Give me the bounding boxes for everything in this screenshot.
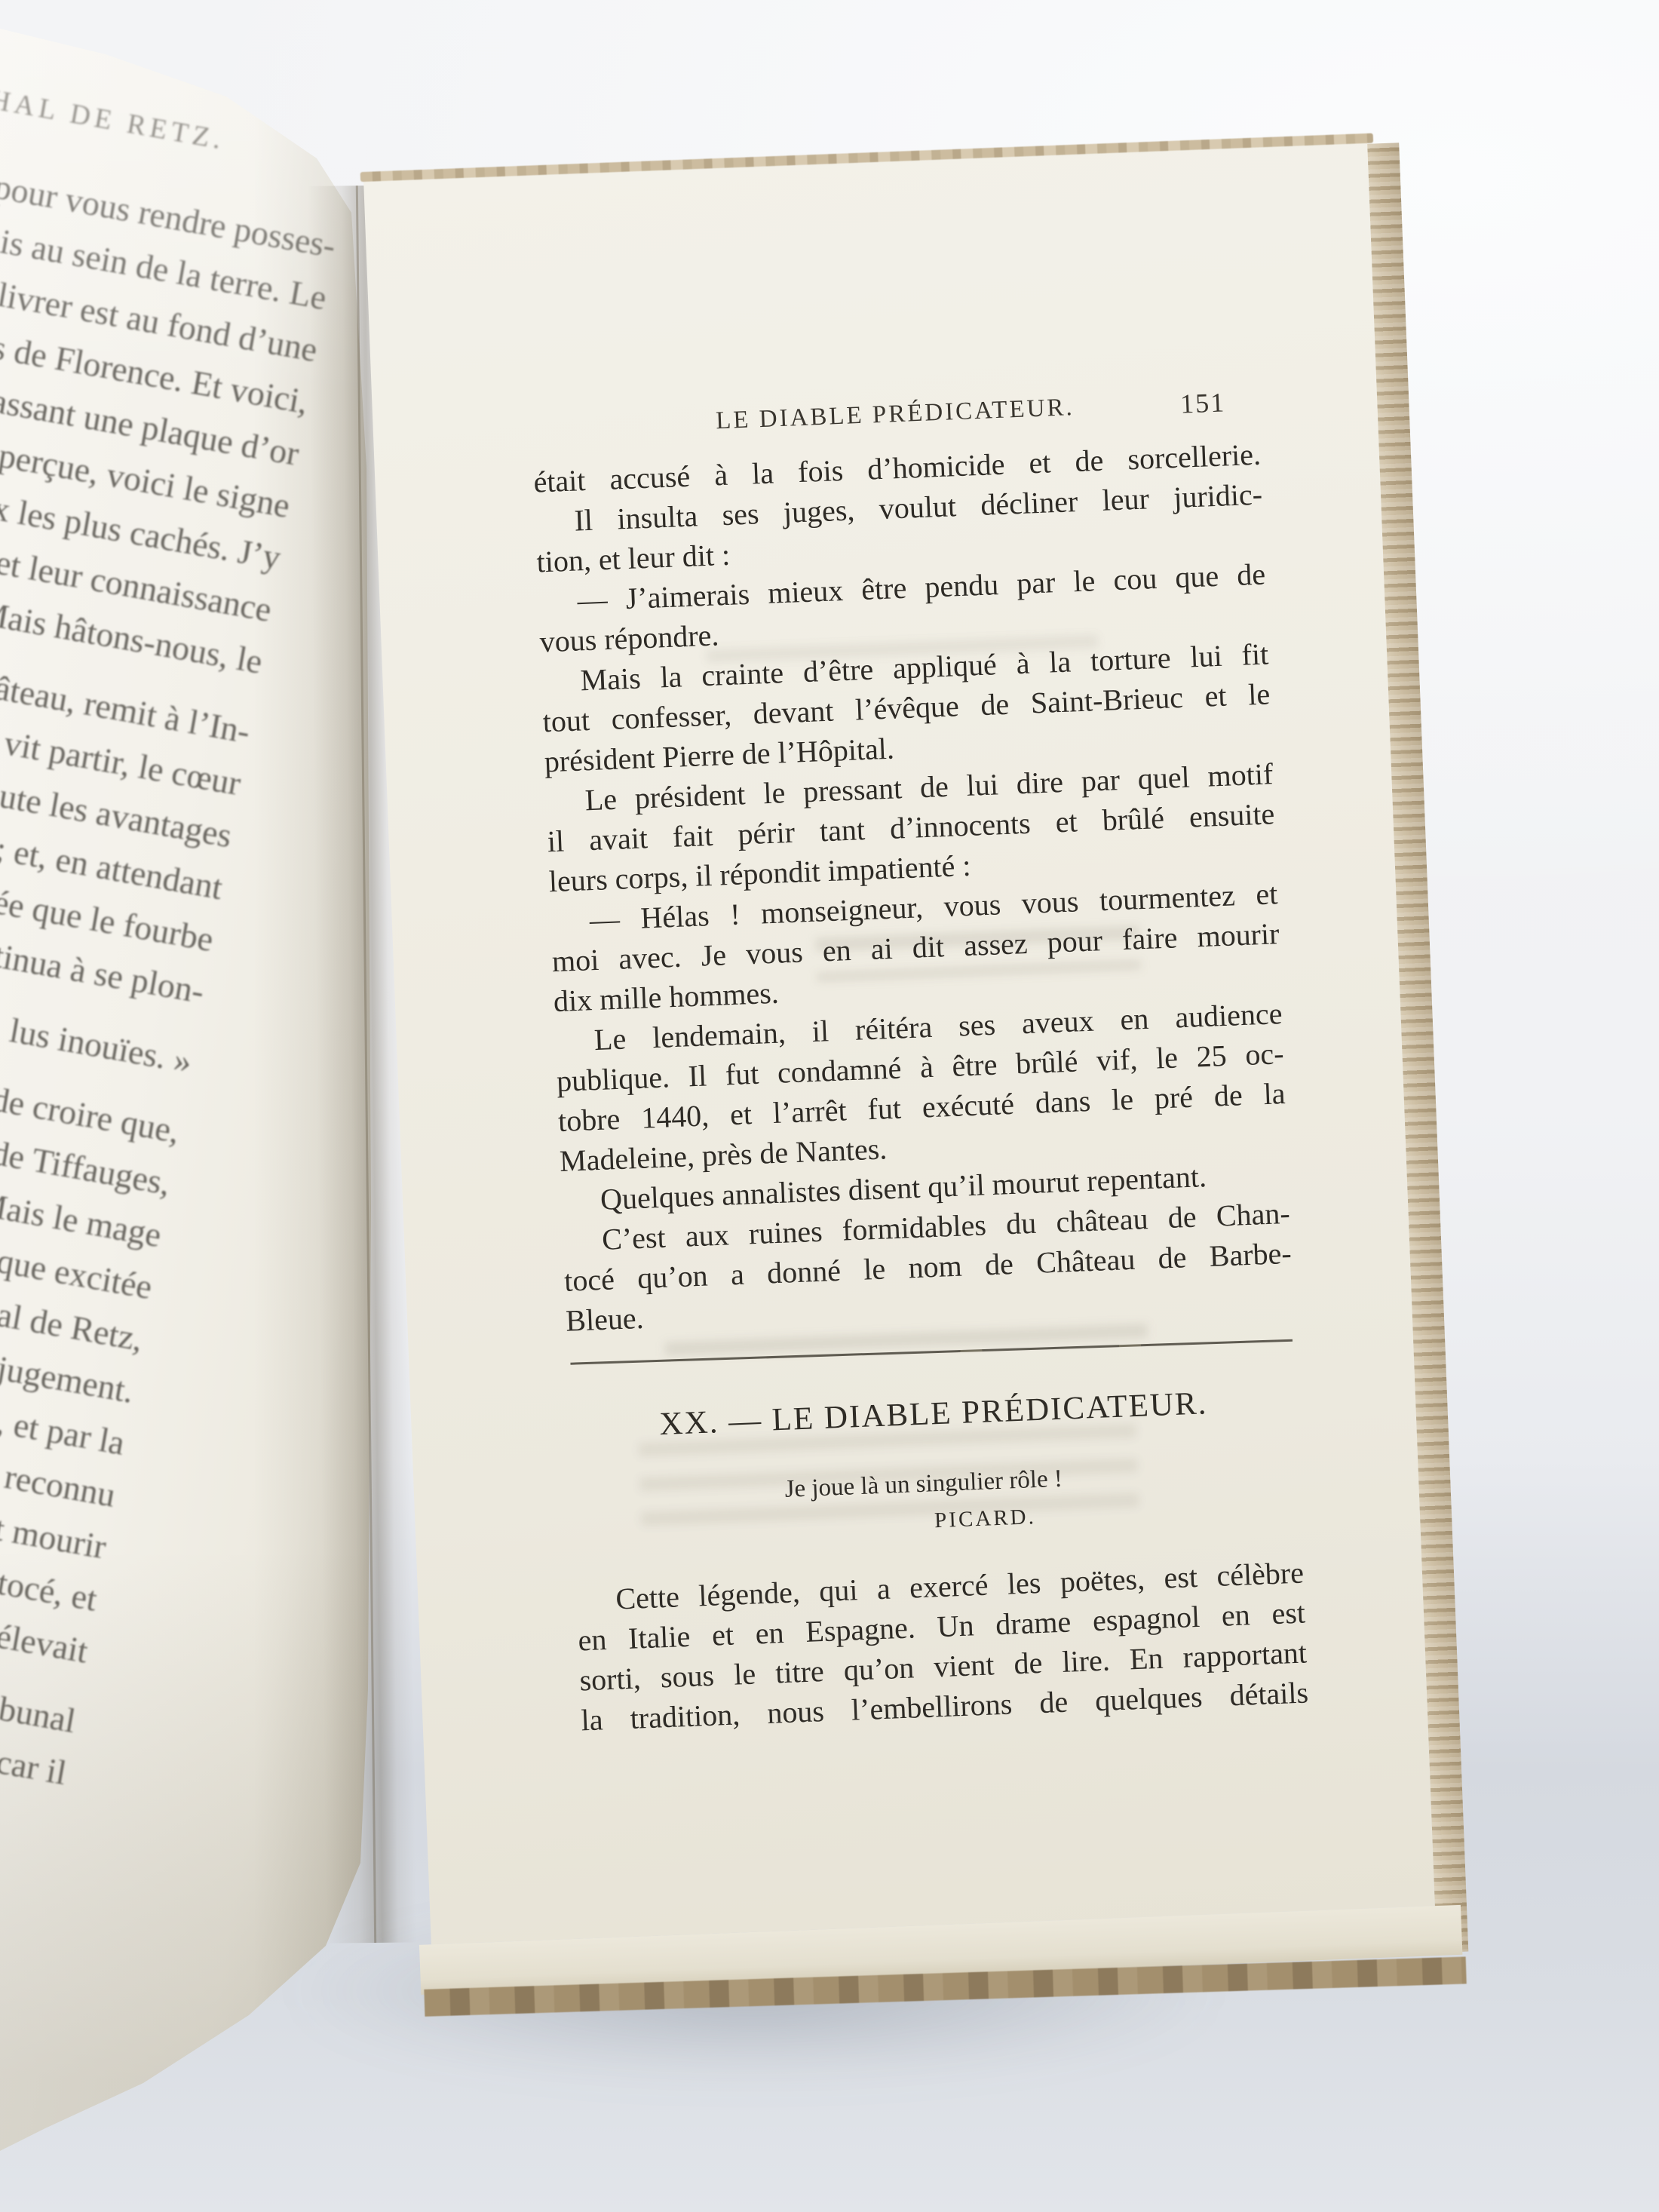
running-head: LE DIABLE PRÉDICATEUR. 151	[531, 387, 1259, 443]
section-heading: XX. — LE DIABLE PRÉDICATEUR.	[569, 1382, 1298, 1447]
second-paragraph: Cette légende, qui a exercé les poëtes, …	[576, 1553, 1309, 1741]
right-page: LE DIABLE PRÉDICATEUR. 151 était accusé …	[363, 141, 1435, 1944]
book-photo: HAL DE RETZ. ez pour vous rendre posses-…	[0, 0, 1659, 2212]
page-number: 151	[1179, 386, 1226, 419]
main-paragraphs: était accusé à la fois d’homicide et de …	[533, 434, 1294, 1341]
right-page-content: LE DIABLE PRÉDICATEUR. 151 était accusé …	[363, 141, 1435, 1944]
section-divider-rule	[570, 1339, 1293, 1365]
running-head-title: LE DIABLE PRÉDICATEUR.	[716, 394, 1075, 434]
